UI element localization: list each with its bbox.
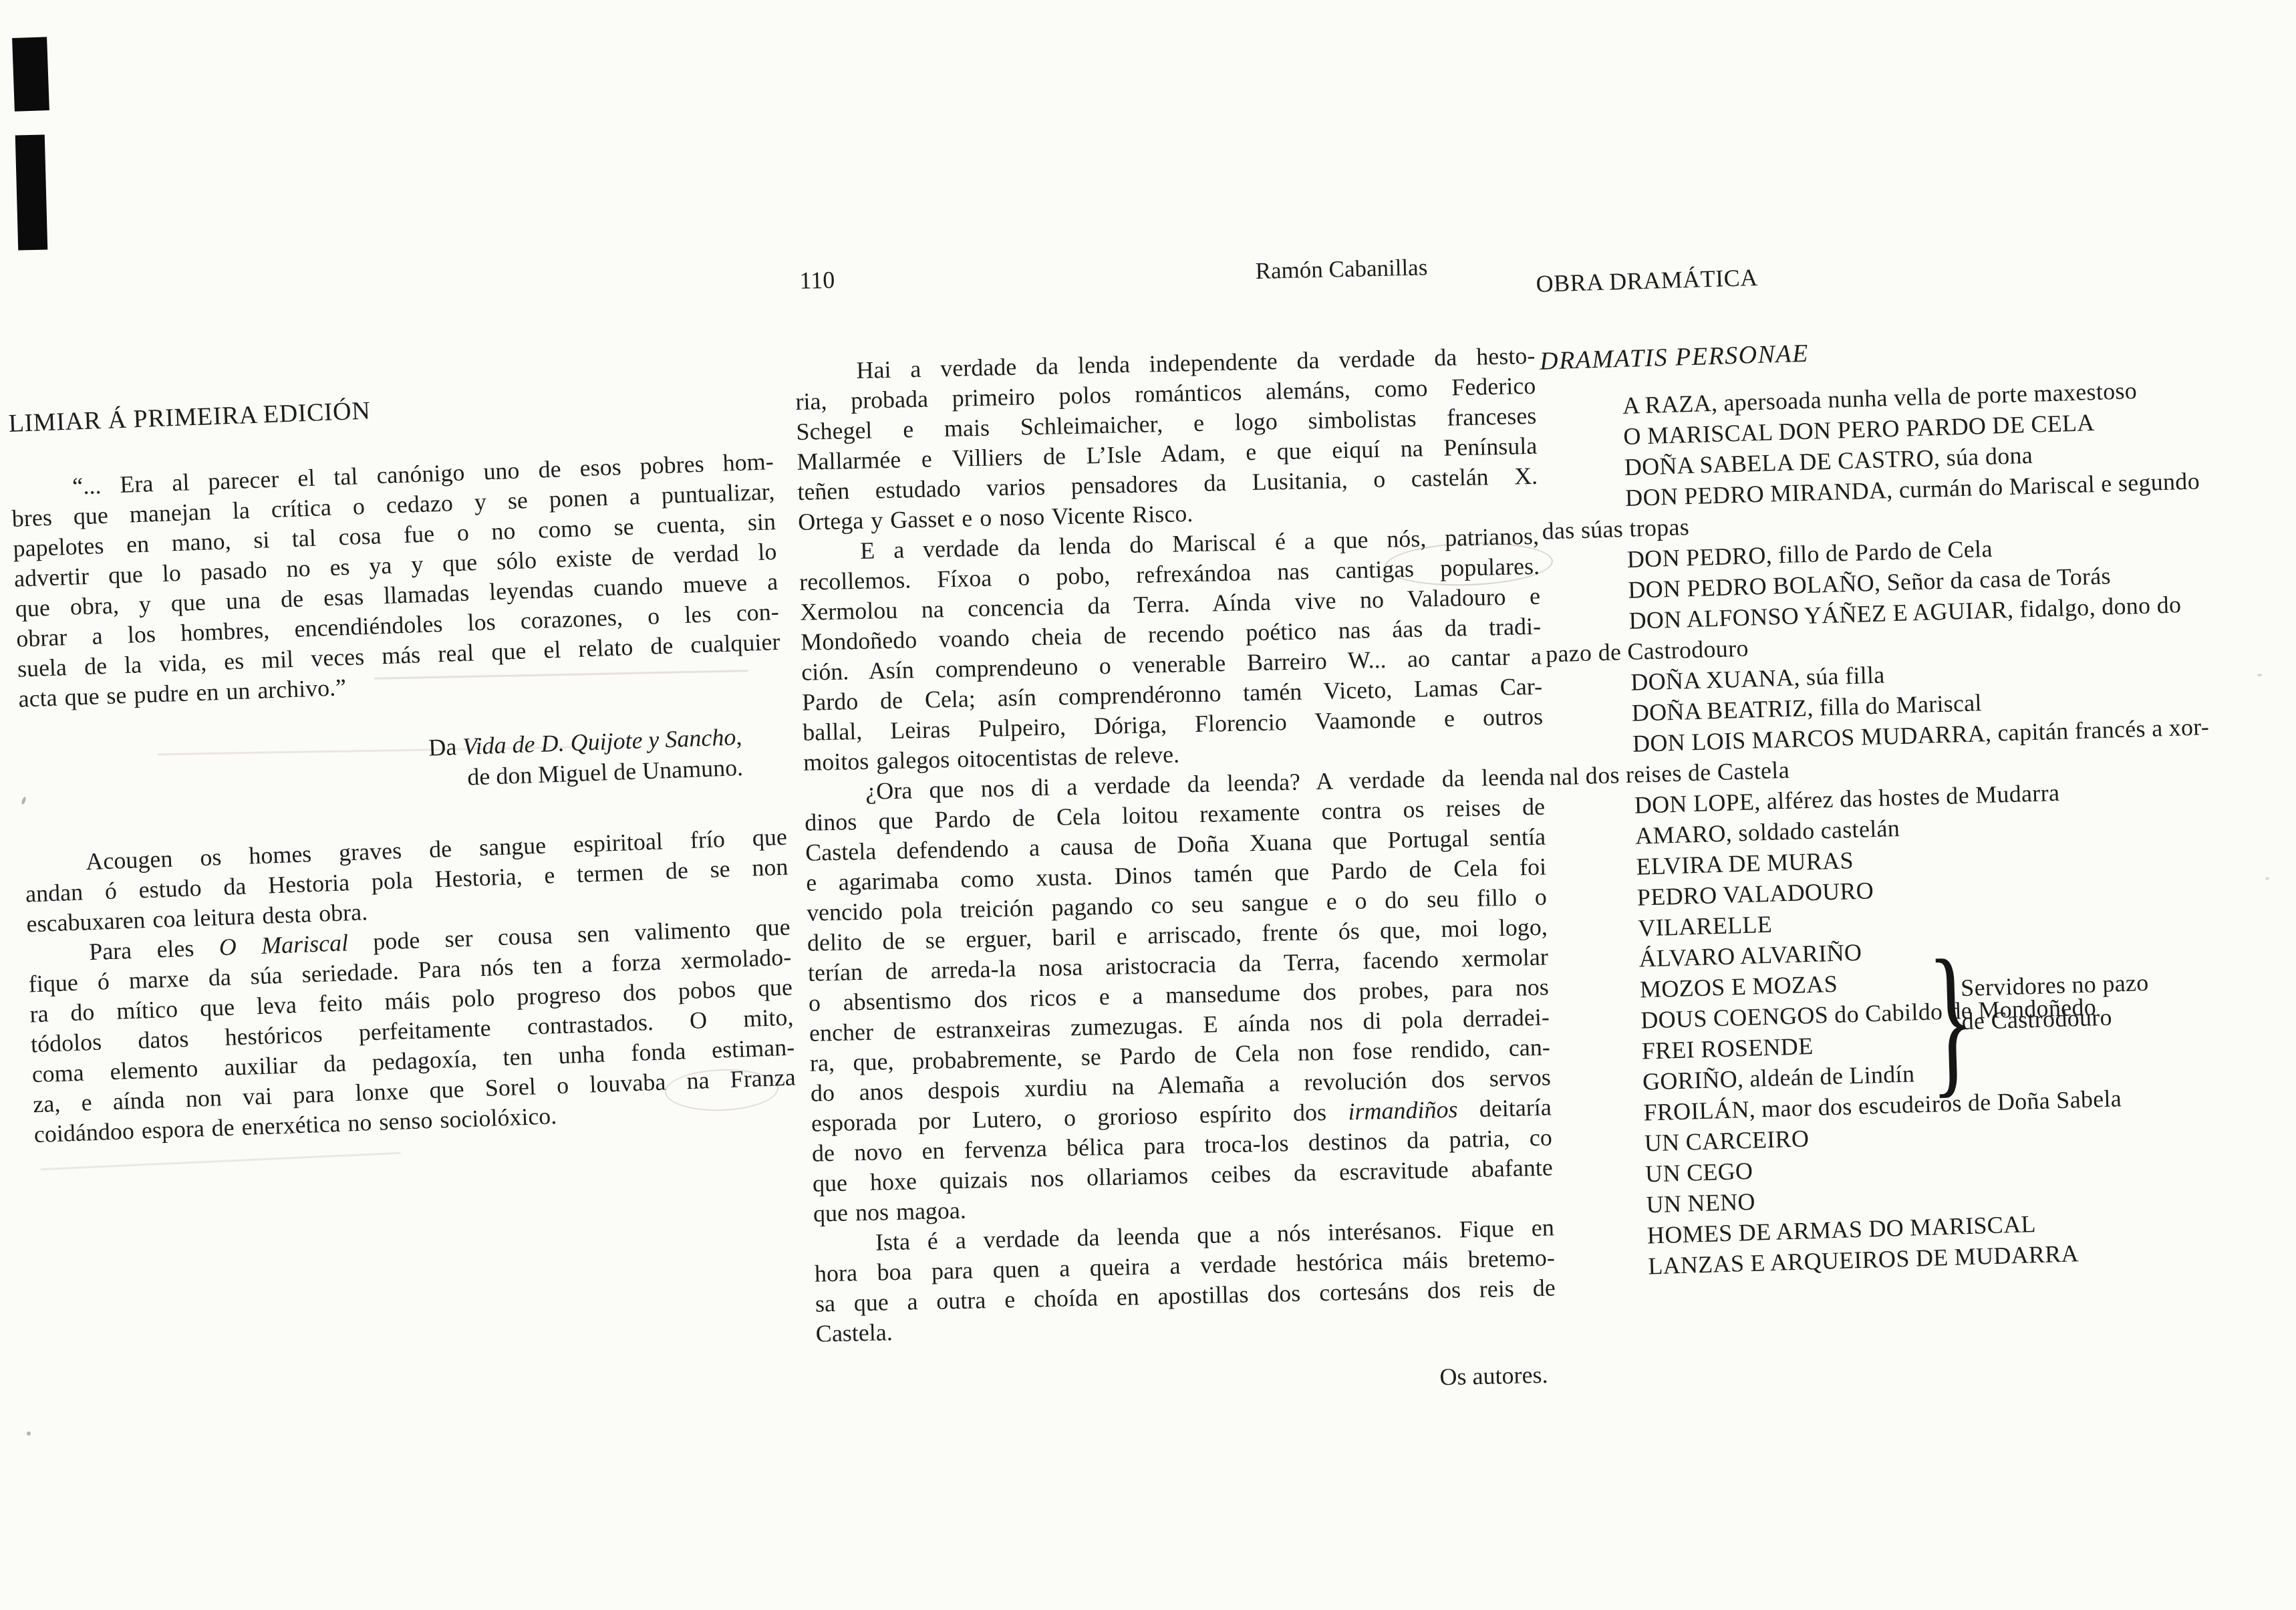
running-header: Ramón Cabanillas: [1255, 252, 1428, 286]
cast-lines-wrap: A RAZA, apersoada nunha vella de porte m…: [1534, 372, 2296, 1285]
scan-speck: [27, 1432, 31, 1436]
authors-signature: Os autores.: [817, 1360, 1558, 1407]
left-page: LIMIAR Á PRIMEIRA EDICIÓN “... Era al pa…: [8, 380, 797, 1150]
brace-label-line: Servidores no pazo: [1961, 968, 2150, 1007]
right-page: OBRA DRAMÁTICA DRAMATIS PERSONAE A RAZA,…: [1530, 246, 2296, 1285]
cast-list: A RAZA, apersoada nunha vella de porte m…: [1534, 372, 2296, 1285]
scanned-book-spread: { "left_page": { "title": "LIMIAR Á PRIM…: [0, 0, 2296, 1610]
scanner-edge-mark: [12, 37, 49, 112]
page-number: 110: [799, 265, 835, 296]
limiar-body-text: Hai a verdade da lenda independente da v…: [795, 342, 1556, 1350]
brace-label-line: de Castrodouro: [1961, 1002, 2150, 1041]
page-title: LIMIAR Á PRIMEIRA EDICIÓN: [8, 380, 772, 440]
quote-paragraph: “... Era al parecer el tal canónigo uno …: [11, 447, 782, 715]
servants-group-label: Servidores no pazode Castrodouro: [1961, 968, 2150, 1041]
running-header: OBRA DRAMÁTICA: [1536, 246, 2296, 299]
scanner-edge-mark: [15, 134, 47, 250]
dramatis-personae-title: DRAMATIS PERSONAE: [1539, 323, 2296, 377]
quote-attribution: Da Vida de D. Quijote y Sancho,de don Mi…: [20, 721, 785, 810]
pencil-stroke: [40, 1152, 401, 1170]
page-header: 110 Ramón Cabanillas: [793, 250, 1534, 296]
limiar-paragraphs: Acougen os homes graves de sangue espiri…: [24, 823, 797, 1151]
middle-page: 110 Ramón Cabanillas Hai a verdade da le…: [793, 250, 1558, 1407]
